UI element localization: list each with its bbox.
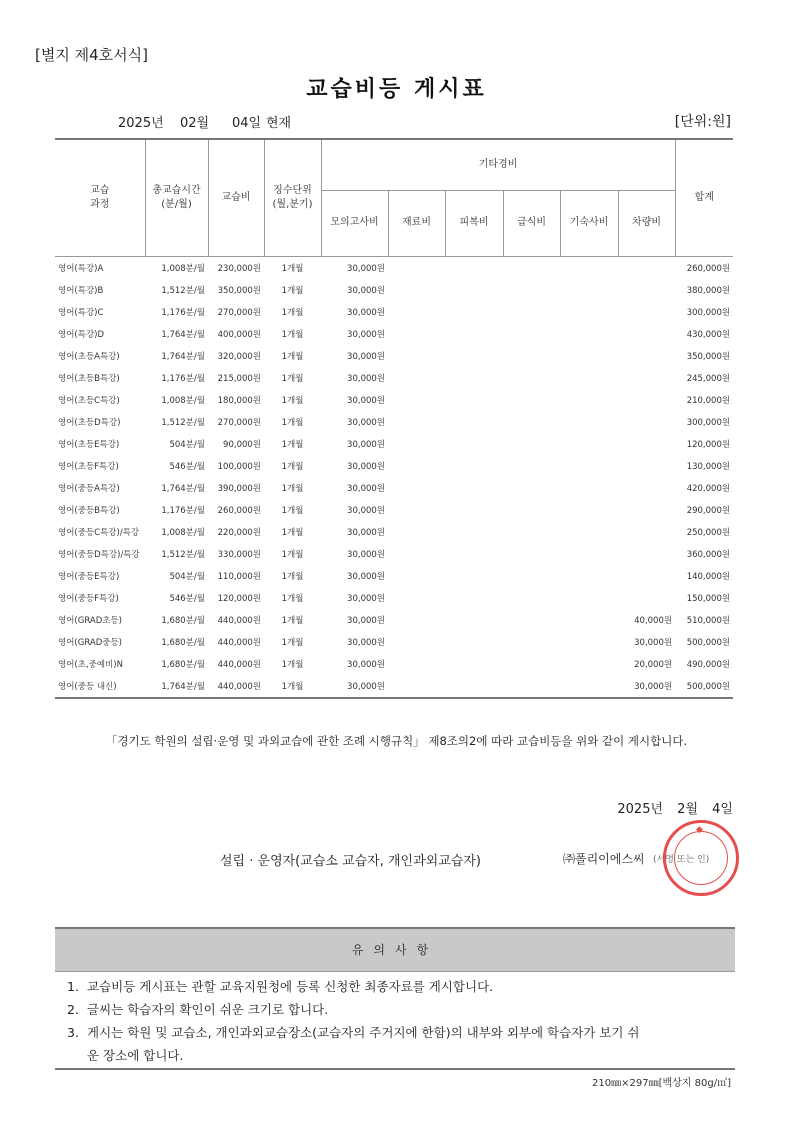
cell-tuition: 350,000원 (208, 279, 264, 301)
cell-course: 영어(특강)A (55, 256, 145, 279)
cell-uniform (445, 543, 503, 565)
cell-dormitory (560, 256, 618, 279)
cell-material (388, 411, 445, 433)
cell-material (388, 256, 445, 279)
cell-material (388, 565, 445, 587)
cell-total-hours: 1,512분/월 (145, 411, 208, 433)
header-total: 합계 (675, 139, 733, 256)
cell-material (388, 345, 445, 367)
cell-meal (503, 345, 560, 367)
cell-uniform (445, 345, 503, 367)
cell-total-hours: 546분/월 (145, 455, 208, 477)
cell-course: 영어(중등 내신) (55, 675, 145, 698)
cell-dormitory (560, 433, 618, 455)
header-other-expenses: 기타경비 (321, 139, 675, 190)
form-number: [별지 제4호서식] (35, 44, 148, 65)
cell-dormitory (560, 587, 618, 609)
cell-course: 영어(중등E특강) (55, 565, 145, 587)
cell-material (388, 587, 445, 609)
cell-tuition: 120,000원 (208, 587, 264, 609)
cell-tuition: 215,000원 (208, 367, 264, 389)
company-seal-stamp-icon: ◆ (663, 820, 739, 896)
table-row: 영어(중등E특강)504분/월110,000원1개월30,000원140,000… (55, 565, 733, 587)
cell-total: 250,000원 (675, 521, 733, 543)
cell-tuition: 400,000원 (208, 323, 264, 345)
cell-tuition: 320,000원 (208, 345, 264, 367)
cell-material (388, 433, 445, 455)
cell-uniform (445, 565, 503, 587)
notice-text: 교습비등 게시표는 관할 교육지원청에 등록 신청한 최종자료를 게시합니다. (87, 979, 493, 994)
cell-meal (503, 543, 560, 565)
header-meal: 급식비 (503, 190, 560, 256)
cell-billing-unit: 1개월 (264, 499, 321, 521)
cell-dormitory (560, 345, 618, 367)
cell-mock-exam: 30,000원 (321, 609, 388, 631)
cell-mock-exam: 30,000원 (321, 279, 388, 301)
notice-text: 게시는 학원 및 교습소, 개인과외교습장소(교습자의 주거지에 한함)의 내부… (87, 1025, 640, 1040)
cell-total: 300,000원 (675, 411, 733, 433)
cell-total: 500,000원 (675, 675, 733, 698)
sign-date: 2025년 2월 4일 (617, 798, 733, 817)
cell-total: 150,000원 (675, 587, 733, 609)
cell-total-hours: 1,680분/월 (145, 609, 208, 631)
cell-uniform (445, 279, 503, 301)
cell-dormitory (560, 323, 618, 345)
cell-meal (503, 499, 560, 521)
cell-course: 영어(중등A특강) (55, 477, 145, 499)
cell-material (388, 279, 445, 301)
cell-course: 영어(중등B특강) (55, 499, 145, 521)
cell-course: 영어(특강)D (55, 323, 145, 345)
cell-mock-exam: 30,000원 (321, 587, 388, 609)
cell-dormitory (560, 653, 618, 675)
cell-meal (503, 367, 560, 389)
cell-material (388, 653, 445, 675)
cell-material (388, 609, 445, 631)
cell-total: 245,000원 (675, 367, 733, 389)
notice-item: 3.게시는 학원 및 교습소, 개인과외교습장소(교습자의 주거지에 한함)의 … (55, 1021, 735, 1044)
fee-table: 교습 과정 총교습시간 (분/월) 교습비 징수단위 (월,분기) 기타경비 합… (55, 138, 733, 699)
cell-vehicle (618, 499, 675, 521)
cell-billing-unit: 1개월 (264, 301, 321, 323)
cell-vehicle (618, 455, 675, 477)
cell-billing-unit: 1개월 (264, 609, 321, 631)
cell-total-hours: 1,512분/월 (145, 279, 208, 301)
cell-total-hours: 1,680분/월 (145, 653, 208, 675)
header-uniform: 피복비 (445, 190, 503, 256)
cell-uniform (445, 256, 503, 279)
cell-vehicle (618, 345, 675, 367)
cell-billing-unit: 1개월 (264, 477, 321, 499)
cell-course: 영어(GRAD초등) (55, 609, 145, 631)
cell-tuition: 440,000원 (208, 675, 264, 698)
cell-tuition: 180,000원 (208, 389, 264, 411)
cell-uniform (445, 521, 503, 543)
table-row: 영어(초등D특강)1,512분/월270,000원1개월30,000원300,0… (55, 411, 733, 433)
unit-label: [단위:원] (675, 111, 731, 131)
page-title: 교습비등 게시표 (0, 72, 793, 103)
cell-dormitory (560, 609, 618, 631)
cell-mock-exam: 30,000원 (321, 455, 388, 477)
cell-vehicle (618, 521, 675, 543)
cell-mock-exam: 30,000원 (321, 477, 388, 499)
cell-dormitory (560, 675, 618, 698)
header-vehicle: 차량비 (618, 190, 675, 256)
cell-total: 140,000원 (675, 565, 733, 587)
cell-material (388, 367, 445, 389)
table-row: 영어(특강)C1,176분/월270,000원1개월30,000원300,000… (55, 301, 733, 323)
cell-total: 120,000원 (675, 433, 733, 455)
cell-uniform (445, 367, 503, 389)
cell-course: 영어(초등C특강) (55, 389, 145, 411)
as-of-suffix: 현재 (266, 112, 291, 131)
cell-uniform (445, 411, 503, 433)
cell-tuition: 260,000원 (208, 499, 264, 521)
cell-vehicle: 40,000원 (618, 609, 675, 631)
cell-total: 290,000원 (675, 499, 733, 521)
cell-material (388, 521, 445, 543)
cell-vehicle (618, 411, 675, 433)
cell-dormitory (560, 521, 618, 543)
cell-total: 130,000원 (675, 455, 733, 477)
table-row: 영어(중등A특강)1,764분/월390,000원1개월30,000원420,0… (55, 477, 733, 499)
cell-dormitory (560, 411, 618, 433)
cell-total-hours: 1,764분/월 (145, 323, 208, 345)
cell-material (388, 543, 445, 565)
paper-spec: 210㎜×297㎜[백상지 80g/㎡] (592, 1074, 731, 1089)
cell-uniform (445, 455, 503, 477)
cell-vehicle: 20,000원 (618, 653, 675, 675)
cell-course: 영어(초등B특강) (55, 367, 145, 389)
cell-uniform (445, 653, 503, 675)
table-row: 영어(초등C특강)1,008분/월180,000원1개월30,000원210,0… (55, 389, 733, 411)
cell-total-hours: 1,764분/월 (145, 675, 208, 698)
cell-vehicle (618, 587, 675, 609)
cell-total: 380,000원 (675, 279, 733, 301)
cell-billing-unit: 1개월 (264, 367, 321, 389)
cell-meal (503, 521, 560, 543)
cell-billing-unit: 1개월 (264, 675, 321, 698)
cell-meal (503, 675, 560, 698)
cell-meal (503, 631, 560, 653)
notice-text: 글씨는 학습자의 확인이 쉬운 크기로 합니다. (87, 1002, 328, 1017)
cell-uniform (445, 301, 503, 323)
cell-uniform (445, 323, 503, 345)
cell-billing-unit: 1개월 (264, 323, 321, 345)
table-row: 영어(초등F특강)546분/월100,000원1개월30,000원130,000… (55, 455, 733, 477)
cell-tuition: 270,000원 (208, 411, 264, 433)
cell-billing-unit: 1개월 (264, 631, 321, 653)
cell-total-hours: 1,512분/월 (145, 543, 208, 565)
header-tuition: 교습비 (208, 139, 264, 256)
cell-vehicle: 30,000원 (618, 631, 675, 653)
cell-meal (503, 587, 560, 609)
cell-tuition: 230,000원 (208, 256, 264, 279)
cell-meal (503, 301, 560, 323)
cell-course: 영어(특강)B (55, 279, 145, 301)
cell-meal (503, 477, 560, 499)
cell-mock-exam: 30,000원 (321, 411, 388, 433)
as-of-year: 2025년 (118, 112, 164, 131)
table-row: 영어(중등F특강)546분/월120,000원1개월30,000원150,000… (55, 587, 733, 609)
seal-diamond-icon: ◆ (696, 825, 703, 835)
cell-tuition: 220,000원 (208, 521, 264, 543)
cell-total: 430,000원 (675, 323, 733, 345)
table-row: 영어(GRAD초등)1,680분/월440,000원1개월30,000원40,0… (55, 609, 733, 631)
table-row: 영어(중등B특강)1,176분/월260,000원1개월30,000원290,0… (55, 499, 733, 521)
cell-uniform (445, 587, 503, 609)
cell-mock-exam: 30,000원 (321, 543, 388, 565)
cell-billing-unit: 1개월 (264, 433, 321, 455)
cell-mock-exam: 30,000원 (321, 521, 388, 543)
cell-course: 영어(특강)C (55, 301, 145, 323)
cell-meal (503, 455, 560, 477)
cell-mock-exam: 30,000원 (321, 499, 388, 521)
header-dormitory: 기숙사비 (560, 190, 618, 256)
cell-material (388, 631, 445, 653)
table-row: 영어(초등E특강)504분/월90,000원1개월30,000원120,000원 (55, 433, 733, 455)
cell-material (388, 301, 445, 323)
cell-dormitory (560, 279, 618, 301)
cell-vehicle (618, 433, 675, 455)
as-of-day: 04일 (232, 112, 261, 131)
cell-dormitory (560, 367, 618, 389)
table-row: 영어(초,중예비)N1,680분/월440,000원1개월30,000원20,0… (55, 653, 733, 675)
cell-vehicle (618, 543, 675, 565)
cell-mock-exam: 30,000원 (321, 389, 388, 411)
table-row: 영어(특강)B1,512분/월350,000원1개월30,000원380,000… (55, 279, 733, 301)
cell-total-hours: 504분/월 (145, 565, 208, 587)
cell-vehicle (618, 389, 675, 411)
cell-billing-unit: 1개월 (264, 411, 321, 433)
cell-dormitory (560, 543, 618, 565)
law-statement: 「경기도 학원의 설립·운영 및 과외교습에 관한 조례 시행규칙」 제8조의2… (0, 733, 793, 749)
cell-total-hours: 1,176분/월 (145, 301, 208, 323)
cell-dormitory (560, 455, 618, 477)
cell-dormitory (560, 565, 618, 587)
cell-tuition: 390,000원 (208, 477, 264, 499)
header-mock-exam: 모의고사비 (321, 190, 388, 256)
bottom-divider (55, 1068, 735, 1070)
cell-material (388, 675, 445, 698)
cell-material (388, 323, 445, 345)
notice-continuation: 운 장소에 합니다. (55, 1044, 735, 1067)
cell-tuition: 110,000원 (208, 565, 264, 587)
cell-material (388, 389, 445, 411)
cell-dormitory (560, 499, 618, 521)
cell-course: 영어(중등F특강) (55, 587, 145, 609)
cell-total: 260,000원 (675, 256, 733, 279)
cell-total: 210,000원 (675, 389, 733, 411)
cell-meal (503, 565, 560, 587)
table-row: 영어(중등 내신)1,764분/월440,000원1개월30,000원30,00… (55, 675, 733, 698)
cell-vehicle: 30,000원 (618, 675, 675, 698)
cell-vehicle (618, 301, 675, 323)
cell-billing-unit: 1개월 (264, 256, 321, 279)
cell-total-hours: 1,008분/월 (145, 389, 208, 411)
cell-meal (503, 411, 560, 433)
signer-label: 설립 · 운영자(교습소 교습자, 개인과외교습자) (220, 850, 481, 869)
cell-meal (503, 433, 560, 455)
cell-meal (503, 653, 560, 675)
cell-vehicle (618, 565, 675, 587)
cell-uniform (445, 499, 503, 521)
header-course: 교습 과정 (55, 139, 145, 256)
cell-dormitory (560, 389, 618, 411)
cell-total: 490,000원 (675, 653, 733, 675)
cell-uniform (445, 477, 503, 499)
cell-course: 영어(초등F특강) (55, 455, 145, 477)
cell-uniform (445, 675, 503, 698)
cell-mock-exam: 30,000원 (321, 653, 388, 675)
cell-total-hours: 1,176분/월 (145, 499, 208, 521)
cell-mock-exam: 30,000원 (321, 565, 388, 587)
sign-year: 2025년 (617, 802, 663, 817)
cell-mock-exam: 30,000원 (321, 433, 388, 455)
cell-total-hours: 504분/월 (145, 433, 208, 455)
cell-total: 360,000원 (675, 543, 733, 565)
cell-material (388, 455, 445, 477)
cell-course: 영어(GRAD중등) (55, 631, 145, 653)
cell-total-hours: 546분/월 (145, 587, 208, 609)
table-row: 영어(초등A특강)1,764분/월320,000원1개월30,000원350,0… (55, 345, 733, 367)
cell-mock-exam: 30,000원 (321, 323, 388, 345)
cell-meal (503, 609, 560, 631)
cell-dormitory (560, 477, 618, 499)
cell-meal (503, 256, 560, 279)
cell-billing-unit: 1개월 (264, 587, 321, 609)
cell-uniform (445, 609, 503, 631)
cell-tuition: 270,000원 (208, 301, 264, 323)
cell-billing-unit: 1개월 (264, 521, 321, 543)
cell-vehicle (618, 256, 675, 279)
cell-mock-exam: 30,000원 (321, 675, 388, 698)
cell-course: 영어(초,중예비)N (55, 653, 145, 675)
cell-uniform (445, 433, 503, 455)
cell-billing-unit: 1개월 (264, 455, 321, 477)
cell-tuition: 440,000원 (208, 631, 264, 653)
notice-item: 2.글씨는 학습자의 확인이 쉬운 크기로 합니다. (55, 998, 735, 1021)
notice-item: 1.교습비등 게시표는 관할 교육지원청에 등록 신청한 최종자료를 게시합니다… (55, 975, 735, 998)
cell-total-hours: 1,008분/월 (145, 256, 208, 279)
cell-total-hours: 1,764분/월 (145, 477, 208, 499)
cell-billing-unit: 1개월 (264, 565, 321, 587)
cell-vehicle (618, 279, 675, 301)
signer-name: ㈜폴리이에스씨 (563, 850, 645, 867)
table-row: 영어(중등D특강)/특강1,512분/월330,000원1개월30,000원36… (55, 543, 733, 565)
cell-billing-unit: 1개월 (264, 543, 321, 565)
cell-meal (503, 279, 560, 301)
notice-number: 3. (67, 1021, 87, 1044)
sign-day: 4일 (712, 802, 733, 817)
cell-vehicle (618, 323, 675, 345)
cell-course: 영어(초등E특강) (55, 433, 145, 455)
cell-meal (503, 389, 560, 411)
cell-total: 350,000원 (675, 345, 733, 367)
sign-month: 2월 (677, 802, 698, 817)
cell-course: 영어(중등C특강)/특강 (55, 521, 145, 543)
cell-uniform (445, 389, 503, 411)
cell-material (388, 477, 445, 499)
cell-material (388, 499, 445, 521)
cell-tuition: 330,000원 (208, 543, 264, 565)
cell-total-hours: 1,680분/월 (145, 631, 208, 653)
table-row: 영어(특강)D1,764분/월400,000원1개월30,000원430,000… (55, 323, 733, 345)
notice-number: 2. (67, 998, 87, 1021)
notice-number: 1. (67, 975, 87, 998)
notice-heading: 유의사항 (55, 927, 735, 972)
table-row: 영어(GRAD중등)1,680분/월440,000원1개월30,000원30,0… (55, 631, 733, 653)
cell-dormitory (560, 301, 618, 323)
table-row: 영어(특강)A1,008분/월230,000원1개월30,000원260,000… (55, 256, 733, 279)
cell-mock-exam: 30,000원 (321, 256, 388, 279)
cell-tuition: 440,000원 (208, 609, 264, 631)
cell-total-hours: 1,764분/월 (145, 345, 208, 367)
cell-total-hours: 1,176분/월 (145, 367, 208, 389)
cell-vehicle (618, 477, 675, 499)
cell-total: 300,000원 (675, 301, 733, 323)
cell-total: 510,000원 (675, 609, 733, 631)
cell-mock-exam: 30,000원 (321, 631, 388, 653)
header-material: 재료비 (388, 190, 445, 256)
cell-billing-unit: 1개월 (264, 653, 321, 675)
cell-billing-unit: 1개월 (264, 389, 321, 411)
cell-mock-exam: 30,000원 (321, 301, 388, 323)
cell-billing-unit: 1개월 (264, 279, 321, 301)
cell-tuition: 90,000원 (208, 433, 264, 455)
cell-course: 영어(초등A특강) (55, 345, 145, 367)
cell-mock-exam: 30,000원 (321, 367, 388, 389)
cell-meal (503, 323, 560, 345)
cell-total: 420,000원 (675, 477, 733, 499)
notice-list: 1.교습비등 게시표는 관할 교육지원청에 등록 신청한 최종자료를 게시합니다… (55, 975, 735, 1067)
cell-course: 영어(중등D특강)/특강 (55, 543, 145, 565)
cell-course: 영어(초등D특강) (55, 411, 145, 433)
table-row: 영어(중등C특강)/특강1,008분/월220,000원1개월30,000원25… (55, 521, 733, 543)
cell-total-hours: 1,008분/월 (145, 521, 208, 543)
cell-billing-unit: 1개월 (264, 345, 321, 367)
cell-mock-exam: 30,000원 (321, 345, 388, 367)
cell-dormitory (560, 631, 618, 653)
cell-tuition: 100,000원 (208, 455, 264, 477)
table-row: 영어(초등B특강)1,176분/월215,000원1개월30,000원245,0… (55, 367, 733, 389)
cell-vehicle (618, 367, 675, 389)
as-of-month: 02월 (180, 112, 209, 131)
header-total-hours: 총교습시간 (분/월) (145, 139, 208, 256)
cell-uniform (445, 631, 503, 653)
cell-total: 500,000원 (675, 631, 733, 653)
cell-tuition: 440,000원 (208, 653, 264, 675)
header-billing-unit: 징수단위 (월,분기) (264, 139, 321, 256)
